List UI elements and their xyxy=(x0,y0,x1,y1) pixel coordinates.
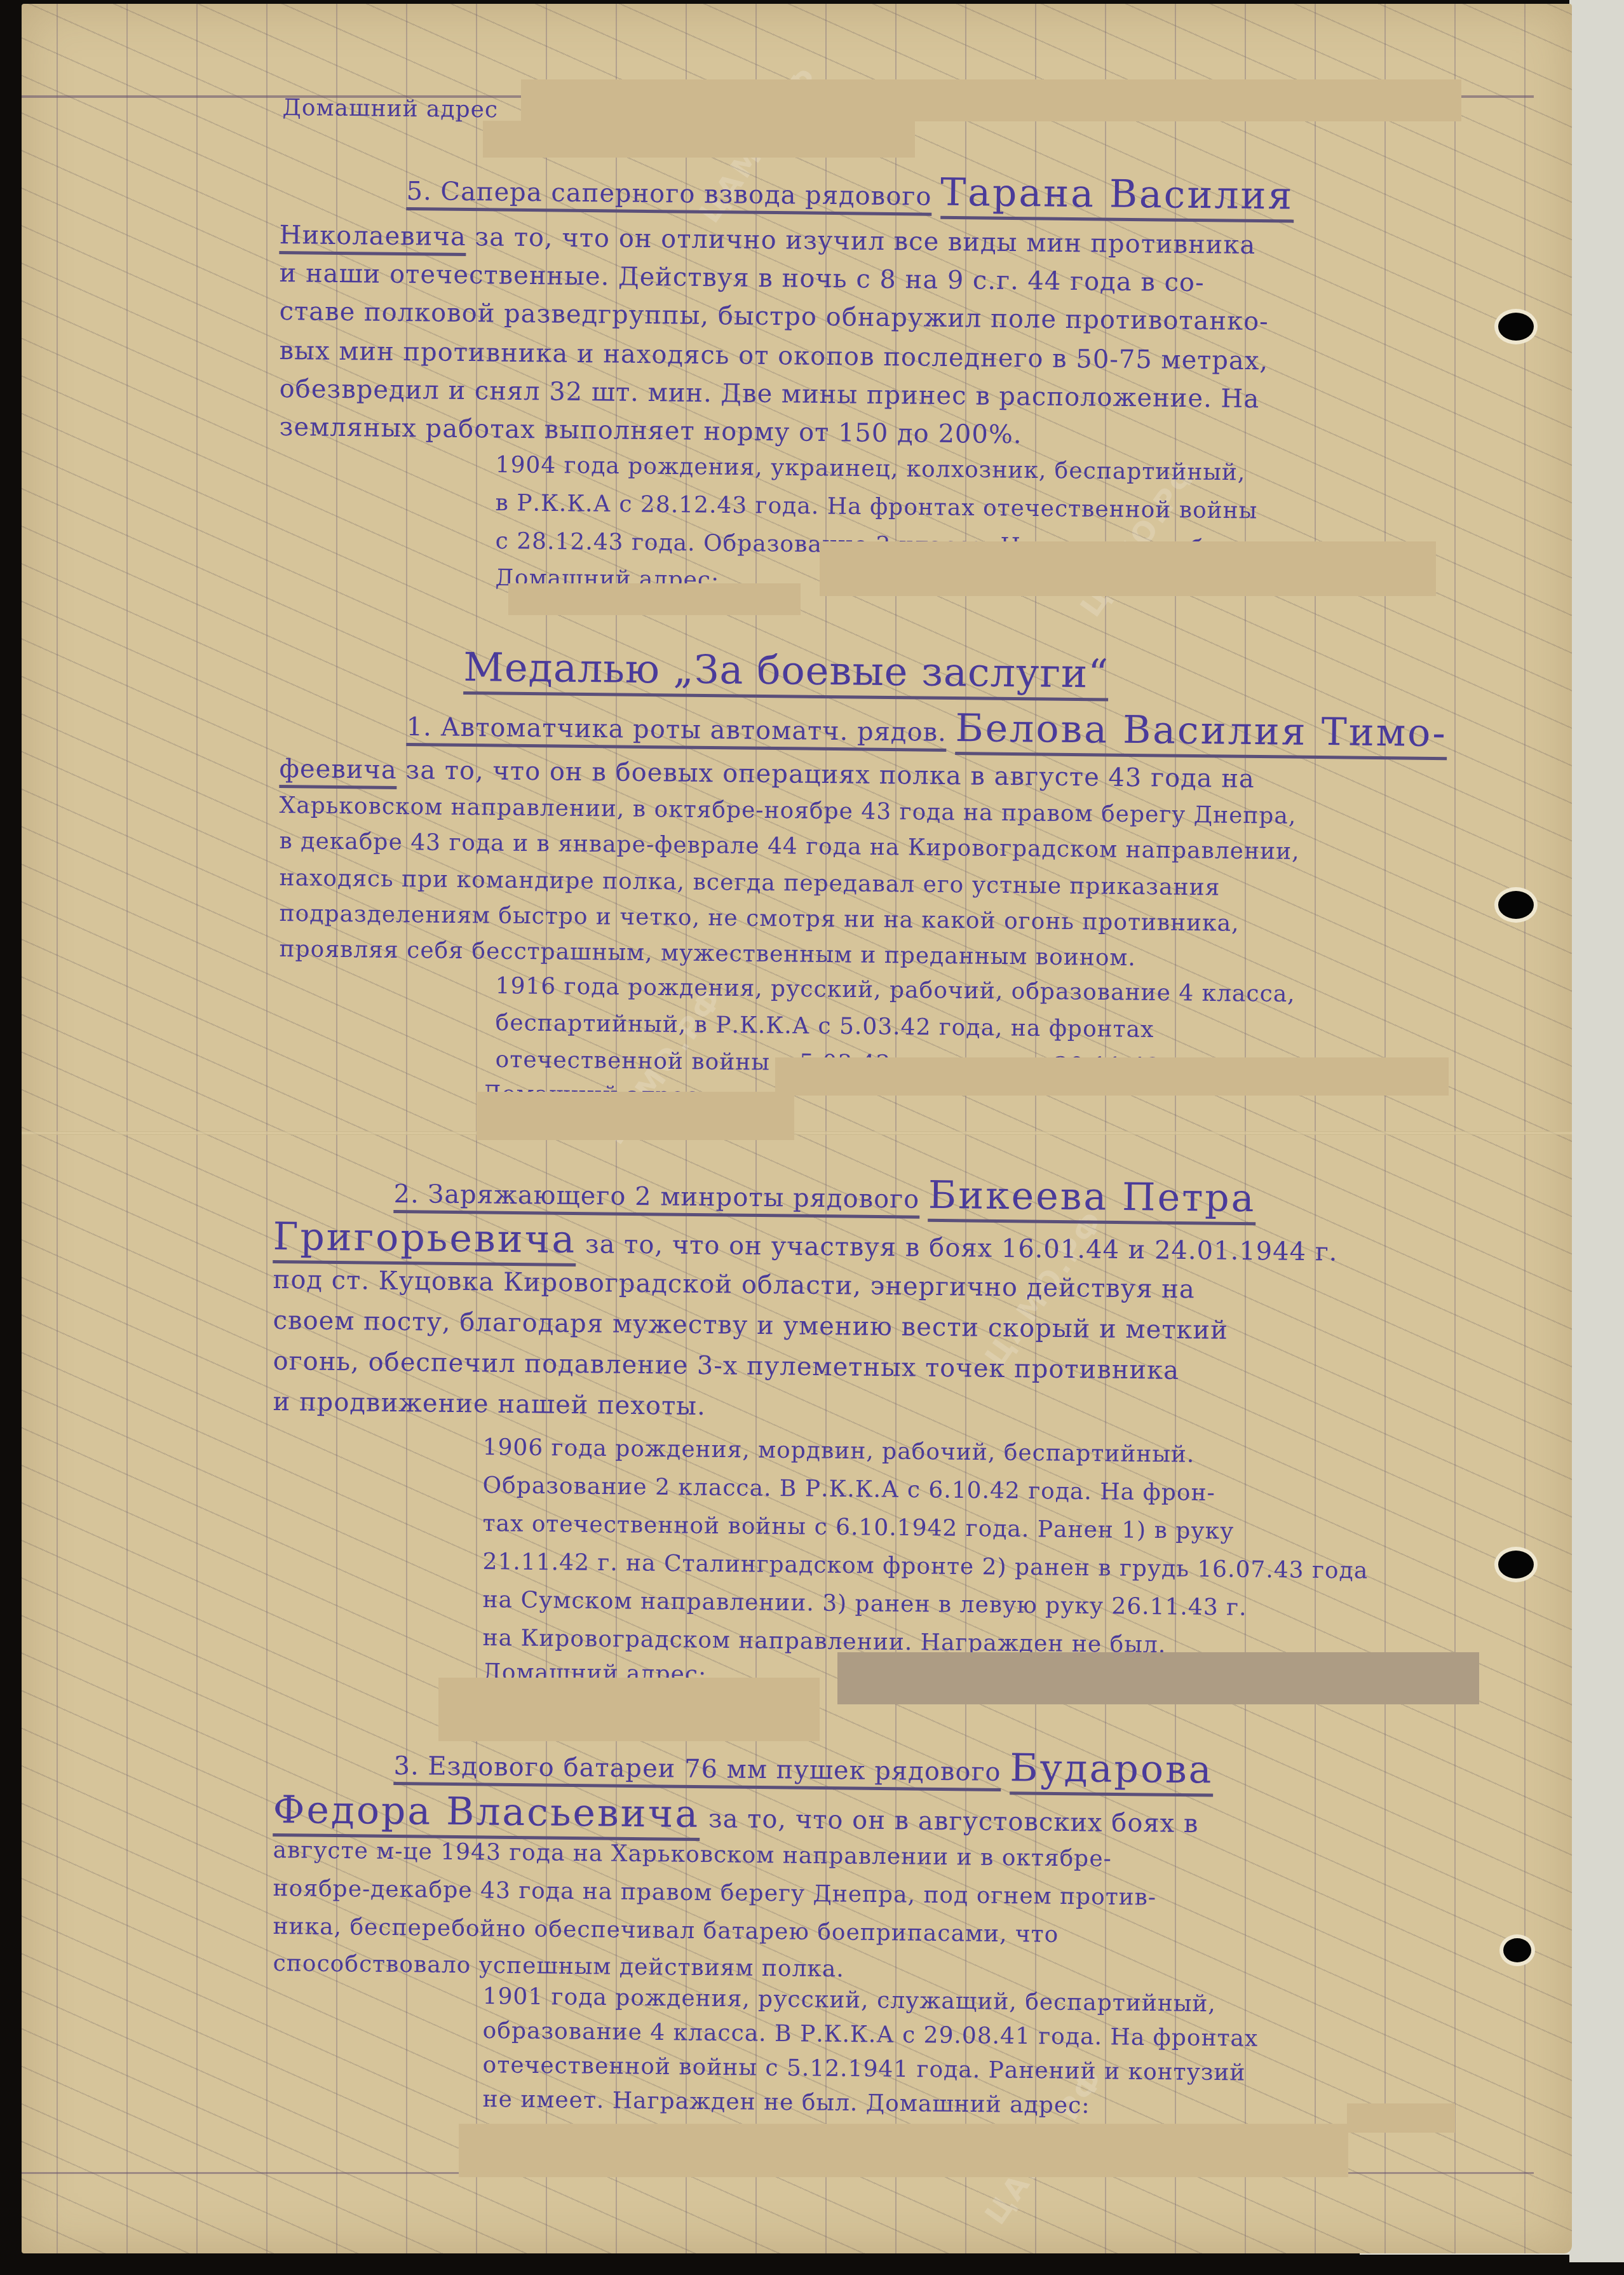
medal-entry-2-name-cont: Григорьевича xyxy=(273,1214,576,1267)
medal-entry-2-name: Бикеева Петра xyxy=(928,1173,1256,1225)
fold-crease xyxy=(22,1131,1572,1135)
redacted-address xyxy=(837,1652,1479,1704)
entry-5-body-line: за то, что он отлично изучил все виды ми… xyxy=(475,222,1255,260)
redacted-address xyxy=(1347,2103,1455,2133)
entry-5-name: Тарана Василия xyxy=(940,170,1294,223)
medal-entry-2-body-line: и продвижение нашей пехоты. xyxy=(273,1382,706,1427)
redacted-address xyxy=(820,541,1436,596)
home-address-label: Домашний адрес xyxy=(282,88,498,131)
medal-entry-2-heading: 2. Заряжающего 2 минроты рядового xyxy=(393,1179,919,1219)
redacted-address xyxy=(775,1057,1449,1096)
entry-5-heading: 5. Сапера саперного взвода рядового xyxy=(406,177,931,216)
redacted-address xyxy=(477,1092,794,1140)
medal-section-title: Медалью „За боевые заслуги“ xyxy=(463,644,1109,702)
punch-hole-icon xyxy=(1498,1551,1534,1579)
backing-edge xyxy=(1569,0,1624,2262)
redacted-address xyxy=(483,121,915,158)
medal-entry-1-heading: 1. Автоматчика роты автоматч. рядов. xyxy=(406,712,947,752)
punch-hole-icon xyxy=(1498,891,1534,919)
medal-entry-2-body-line: за то, что он участвуя в боях 16.01.44 и… xyxy=(585,1230,1338,1267)
punch-hole-icon xyxy=(1503,1938,1531,1962)
medal-entry-3-body-line: за то, что он в августовских боях в xyxy=(708,1804,1199,1838)
entry-5-name-cont: Николаевича xyxy=(279,221,466,256)
medal-entry-3-heading: 3. Ездового батареи 76 мм пушек рядового xyxy=(393,1751,1001,1791)
punch-hole-icon xyxy=(1498,313,1534,341)
redacted-address xyxy=(438,1678,820,1741)
medal-entry-1-name: Белова Василия Тимо- xyxy=(955,706,1447,760)
redacted-address xyxy=(508,583,801,615)
medal-entry-1-name-cont: феевича xyxy=(279,754,397,789)
redacted-address xyxy=(459,2124,1348,2177)
medal-entry-3-name: Бударова xyxy=(1010,1746,1214,1796)
redacted-address xyxy=(521,79,1461,121)
medal-entry-3-bio-line: не имеет. Награжден не был. Домашний адр… xyxy=(482,2079,1090,2126)
